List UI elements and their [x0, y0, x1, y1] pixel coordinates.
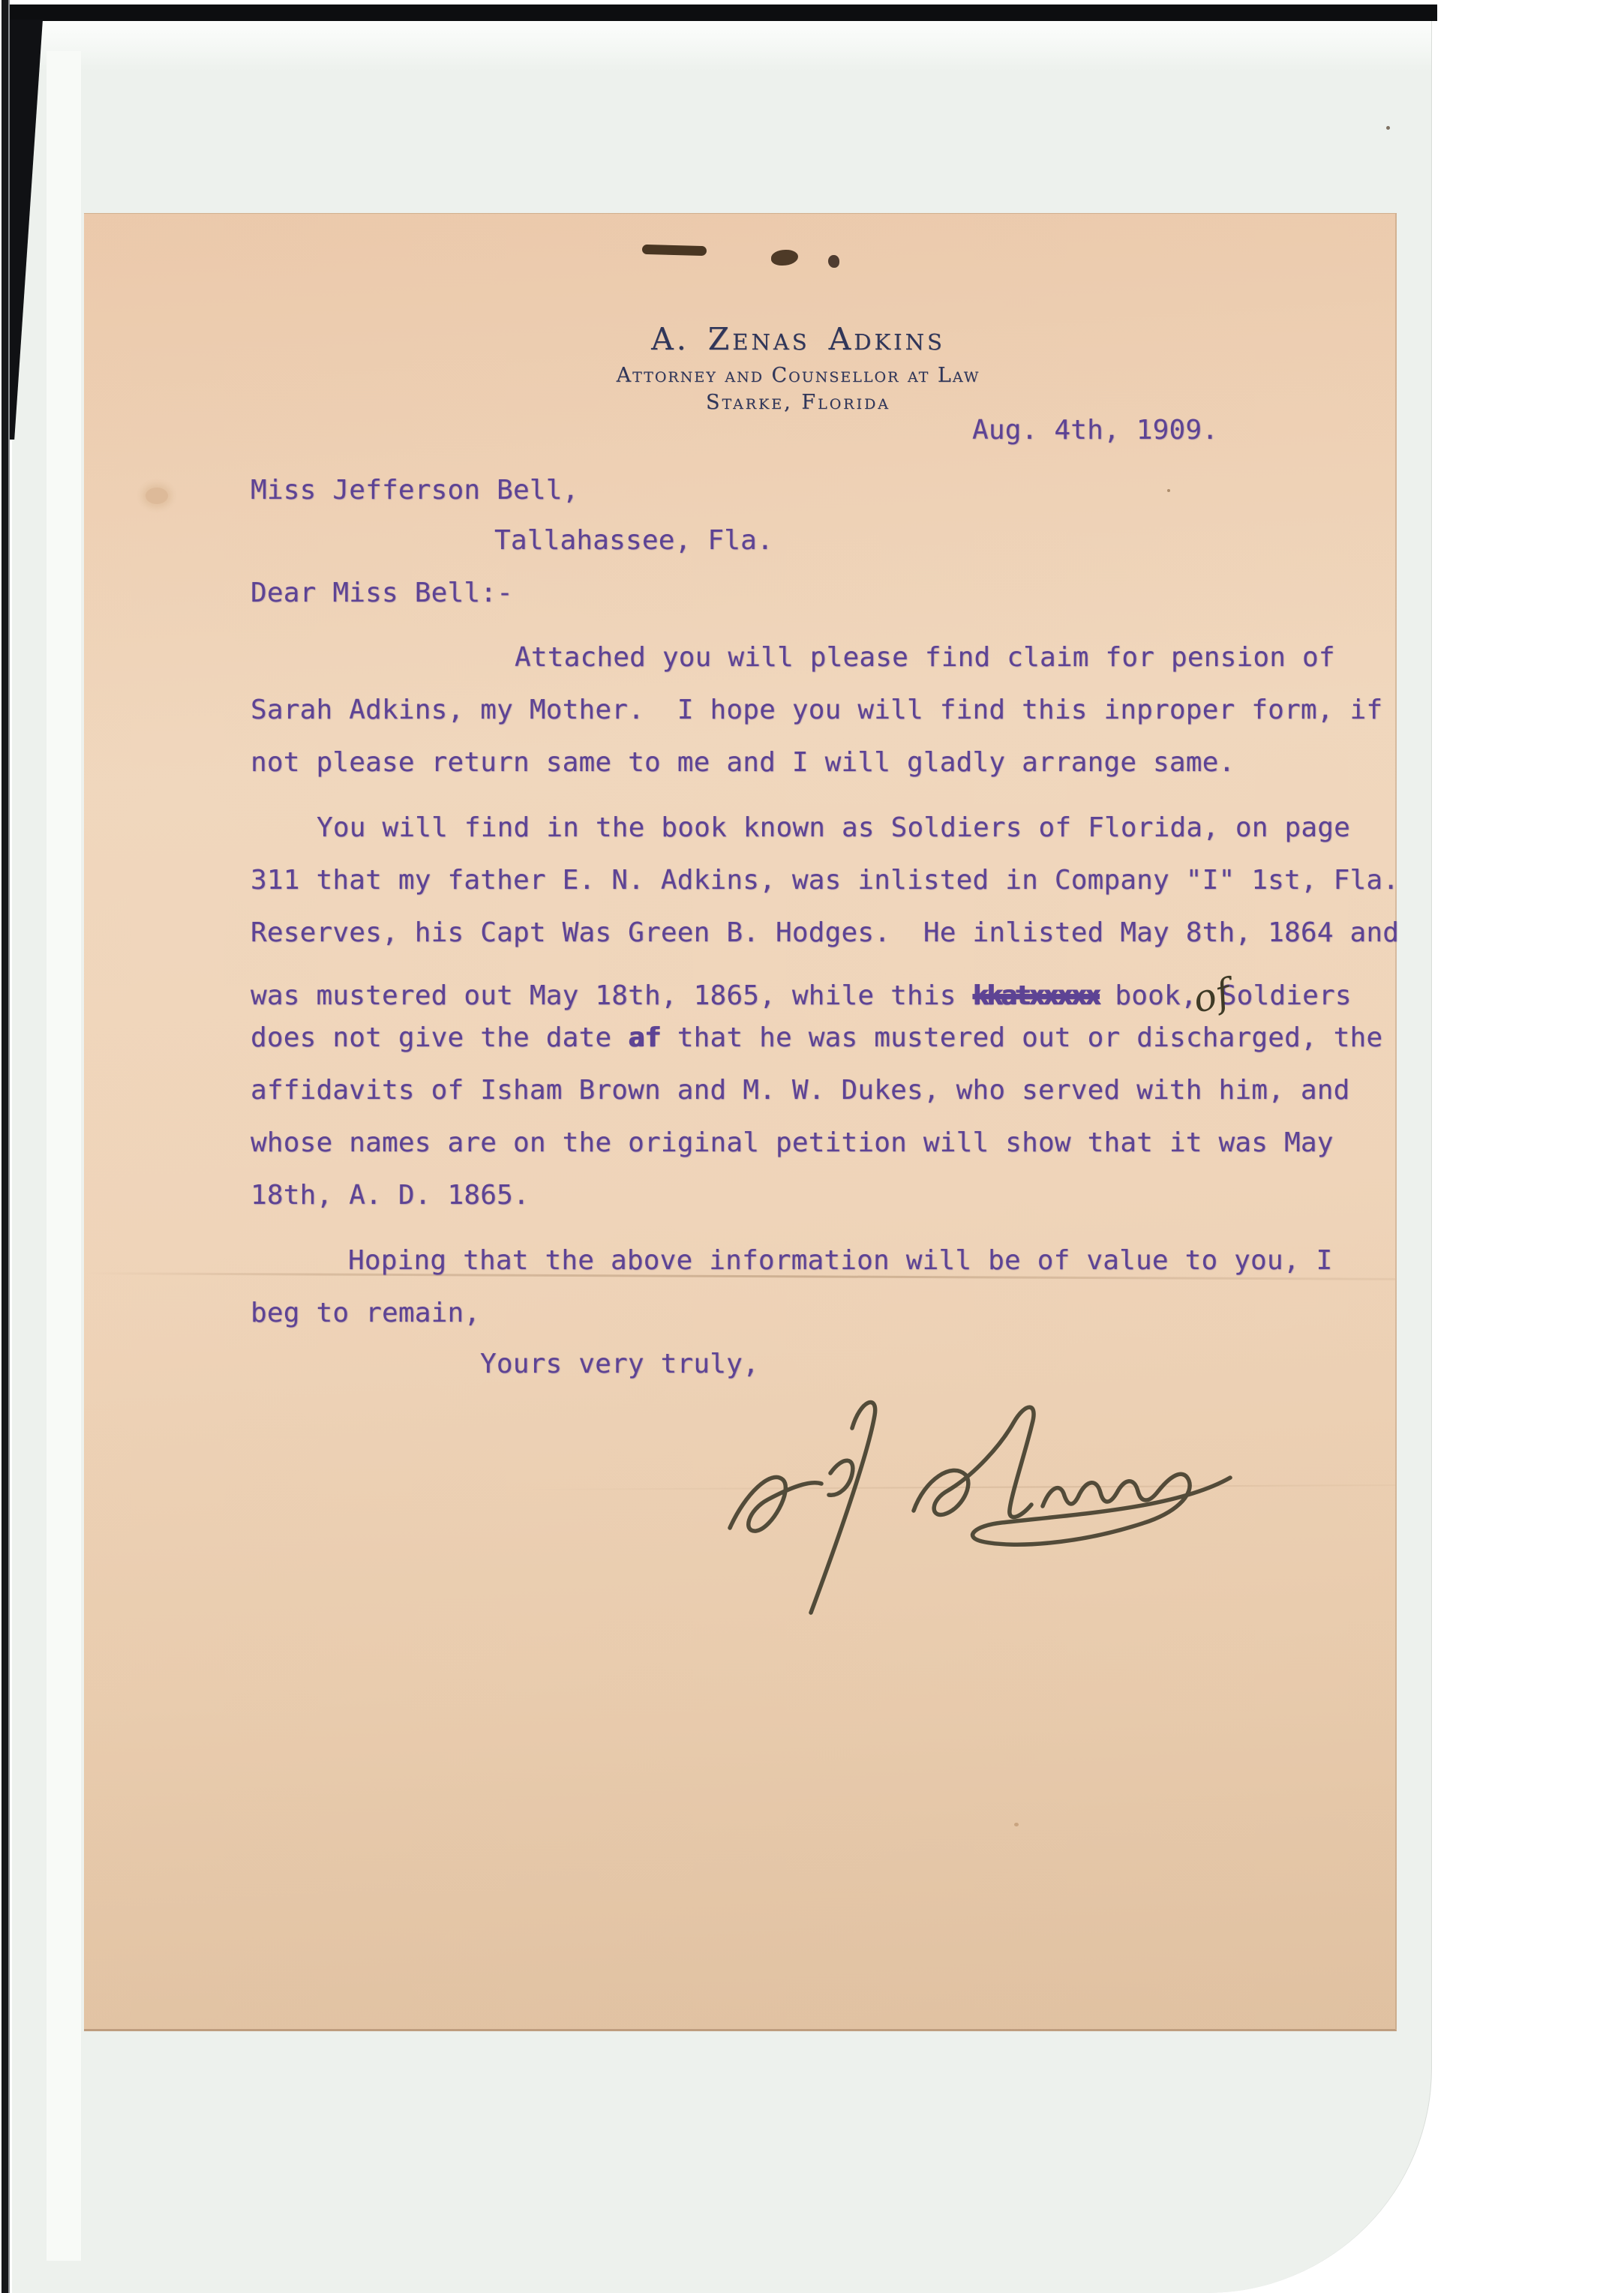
recipient-name-line: Miss Jefferson Bell,: [251, 475, 578, 506]
body-line: Hoping that the above information will b…: [251, 1245, 1332, 1276]
letterhead-location: Starke, Florida: [273, 391, 1323, 414]
recipient-city-line: Tallahassee, Fla.: [251, 525, 773, 556]
body-line: Reserves, his Capt Was Green B. Hodges. …: [251, 917, 1399, 948]
body-line-with-strikeout: was mustered out May 18th, 1865, while t…: [251, 970, 1352, 1013]
body-text: that he was mustered out or discharged, …: [661, 1022, 1382, 1053]
overtyped-word: af: [628, 1022, 661, 1053]
backing-sheet-top-edge: [12, 18, 1431, 71]
body-text: book,: [1099, 980, 1197, 1011]
date-line: Aug. 4th, 1909.: [251, 415, 1218, 446]
paper-speck: [1167, 489, 1170, 492]
ink-smudge-streak: [642, 245, 707, 256]
signature-stroke: [811, 1403, 875, 1613]
backing-sheet-left-edge: [47, 51, 81, 2261]
letterhead-title: Attorney and Counsellor at Law: [273, 364, 1323, 387]
salutation-line: Dear Miss Bell:-: [251, 578, 513, 608]
body-line: not please return same to me and I will …: [251, 747, 1235, 778]
scanner-edge-left: [0, 0, 10, 2293]
body-line: 311 that my father E. N. Adkins, was inl…: [251, 865, 1399, 896]
paper-speck: [1014, 1823, 1019, 1826]
body-line: beg to remain,: [251, 1298, 480, 1328]
signature-stroke: [829, 1460, 853, 1495]
letterhead: A. Zenas Adkins Attorney and Counsellor …: [273, 321, 1323, 414]
body-text: Soldiers: [1220, 980, 1352, 1011]
valediction-line: Yours very truly,: [251, 1349, 759, 1379]
signature-stroke: [730, 1477, 821, 1531]
ink-smudge-dot: [828, 255, 839, 268]
struck-out-word: kkatxxxxx: [972, 980, 1098, 1011]
body-line: You will find in the book known as Soldi…: [251, 812, 1350, 843]
signature-stroke: [914, 1407, 1034, 1517]
body-line: affidavits of Isham Brown and M. W. Duke…: [251, 1075, 1350, 1106]
body-text: was mustered out May 18th, 1865, while t…: [251, 980, 972, 1011]
handwritten-signature: [659, 1382, 1244, 1622]
body-text: does not give the date: [251, 1022, 628, 1053]
paper-speck: [1386, 126, 1390, 130]
body-line: Sarah Adkins, my Mother. I hope you will…: [251, 695, 1382, 725]
body-line: 18th, A. D. 1865.: [251, 1180, 530, 1211]
letterhead-name: A. Zenas Adkins: [273, 321, 1323, 357]
body-line: Attached you will please find claim for …: [251, 642, 1335, 673]
body-line-with-overtype: does not give the date af that he was mu…: [251, 1022, 1382, 1053]
scanned-letter-page: A. Zenas Adkins Attorney and Counsellor …: [0, 0, 1624, 2293]
paper-stain: [146, 488, 168, 504]
body-line: whose names are on the original petition…: [251, 1127, 1334, 1158]
scanner-edge-top: [10, 5, 1437, 21]
